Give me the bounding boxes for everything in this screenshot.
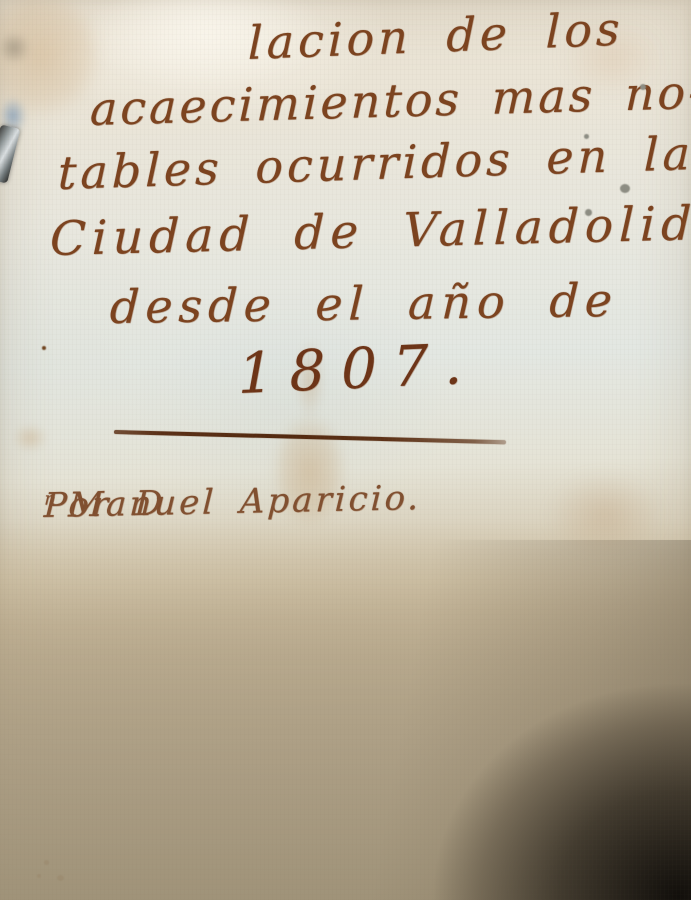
paper-texture bbox=[0, 0, 691, 900]
manuscript-photo: lacion de los acaecimientos mas no- tabl… bbox=[0, 0, 691, 900]
